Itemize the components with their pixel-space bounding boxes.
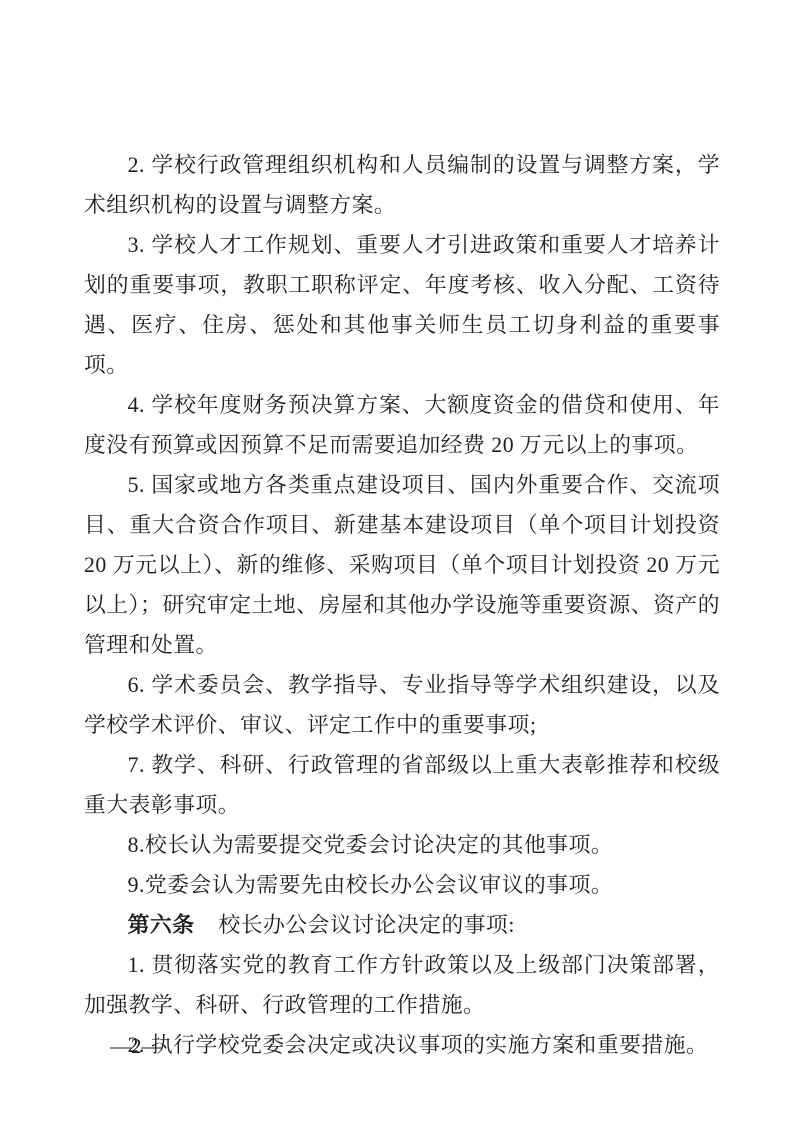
clause-item-3: 3. 学校人才工作规划、重要人才引进政策和重要人才培养计划的重要事项，教职工职称…	[84, 225, 720, 385]
clause-item-5: 5. 国家或地方各类重点建设项目、国内外重要合作、交流项目、重大合资合作项目、新…	[84, 465, 720, 665]
page-number: —2—	[110, 1034, 163, 1058]
document-page: 2. 学校行政管理组织机构和人员编制的设置与调整方案，学术组织机构的设置与调整方…	[0, 0, 793, 1122]
clause-item-9: 9.党委会认为需要先由校长办公会议审议的事项。	[84, 865, 720, 905]
document-body: 2. 学校行政管理组织机构和人员编制的设置与调整方案，学术组织机构的设置与调整方…	[84, 145, 720, 1065]
page-footer: —2—	[110, 1034, 163, 1058]
clause-item-8: 8.校长认为需要提交党委会讨论决定的其他事项。	[84, 825, 720, 865]
clause-item-4: 4. 学校年度财务预决算方案、大额度资金的借贷和使用、年度没有预算或因预算不足而…	[84, 385, 720, 465]
clause-item-6: 6. 学术委员会、教学指导、专业指导等学术组织建设，以及学校学术评价、审议、评定…	[84, 665, 720, 745]
clause-item-7: 7. 教学、科研、行政管理的省部级以上重大表彰推荐和校级重大表彰事项。	[84, 745, 720, 825]
article-6-title: 校长办公会议讨论决定的事项:	[218, 913, 514, 937]
article-6-item-1: 1. 贯彻落实党的教育工作方针政策以及上级部门决策部署，加强教学、科研、行政管理…	[84, 945, 720, 1025]
article-6-number: 第六条	[128, 913, 195, 937]
article-6-item-2: 2. 执行学校党委会决定或决议事项的实施方案和重要措施。	[84, 1025, 720, 1065]
clause-item-2: 2. 学校行政管理组织机构和人员编制的设置与调整方案，学术组织机构的设置与调整方…	[84, 145, 720, 225]
article-6-heading: 第六条校长办公会议讨论决定的事项:	[84, 905, 720, 945]
